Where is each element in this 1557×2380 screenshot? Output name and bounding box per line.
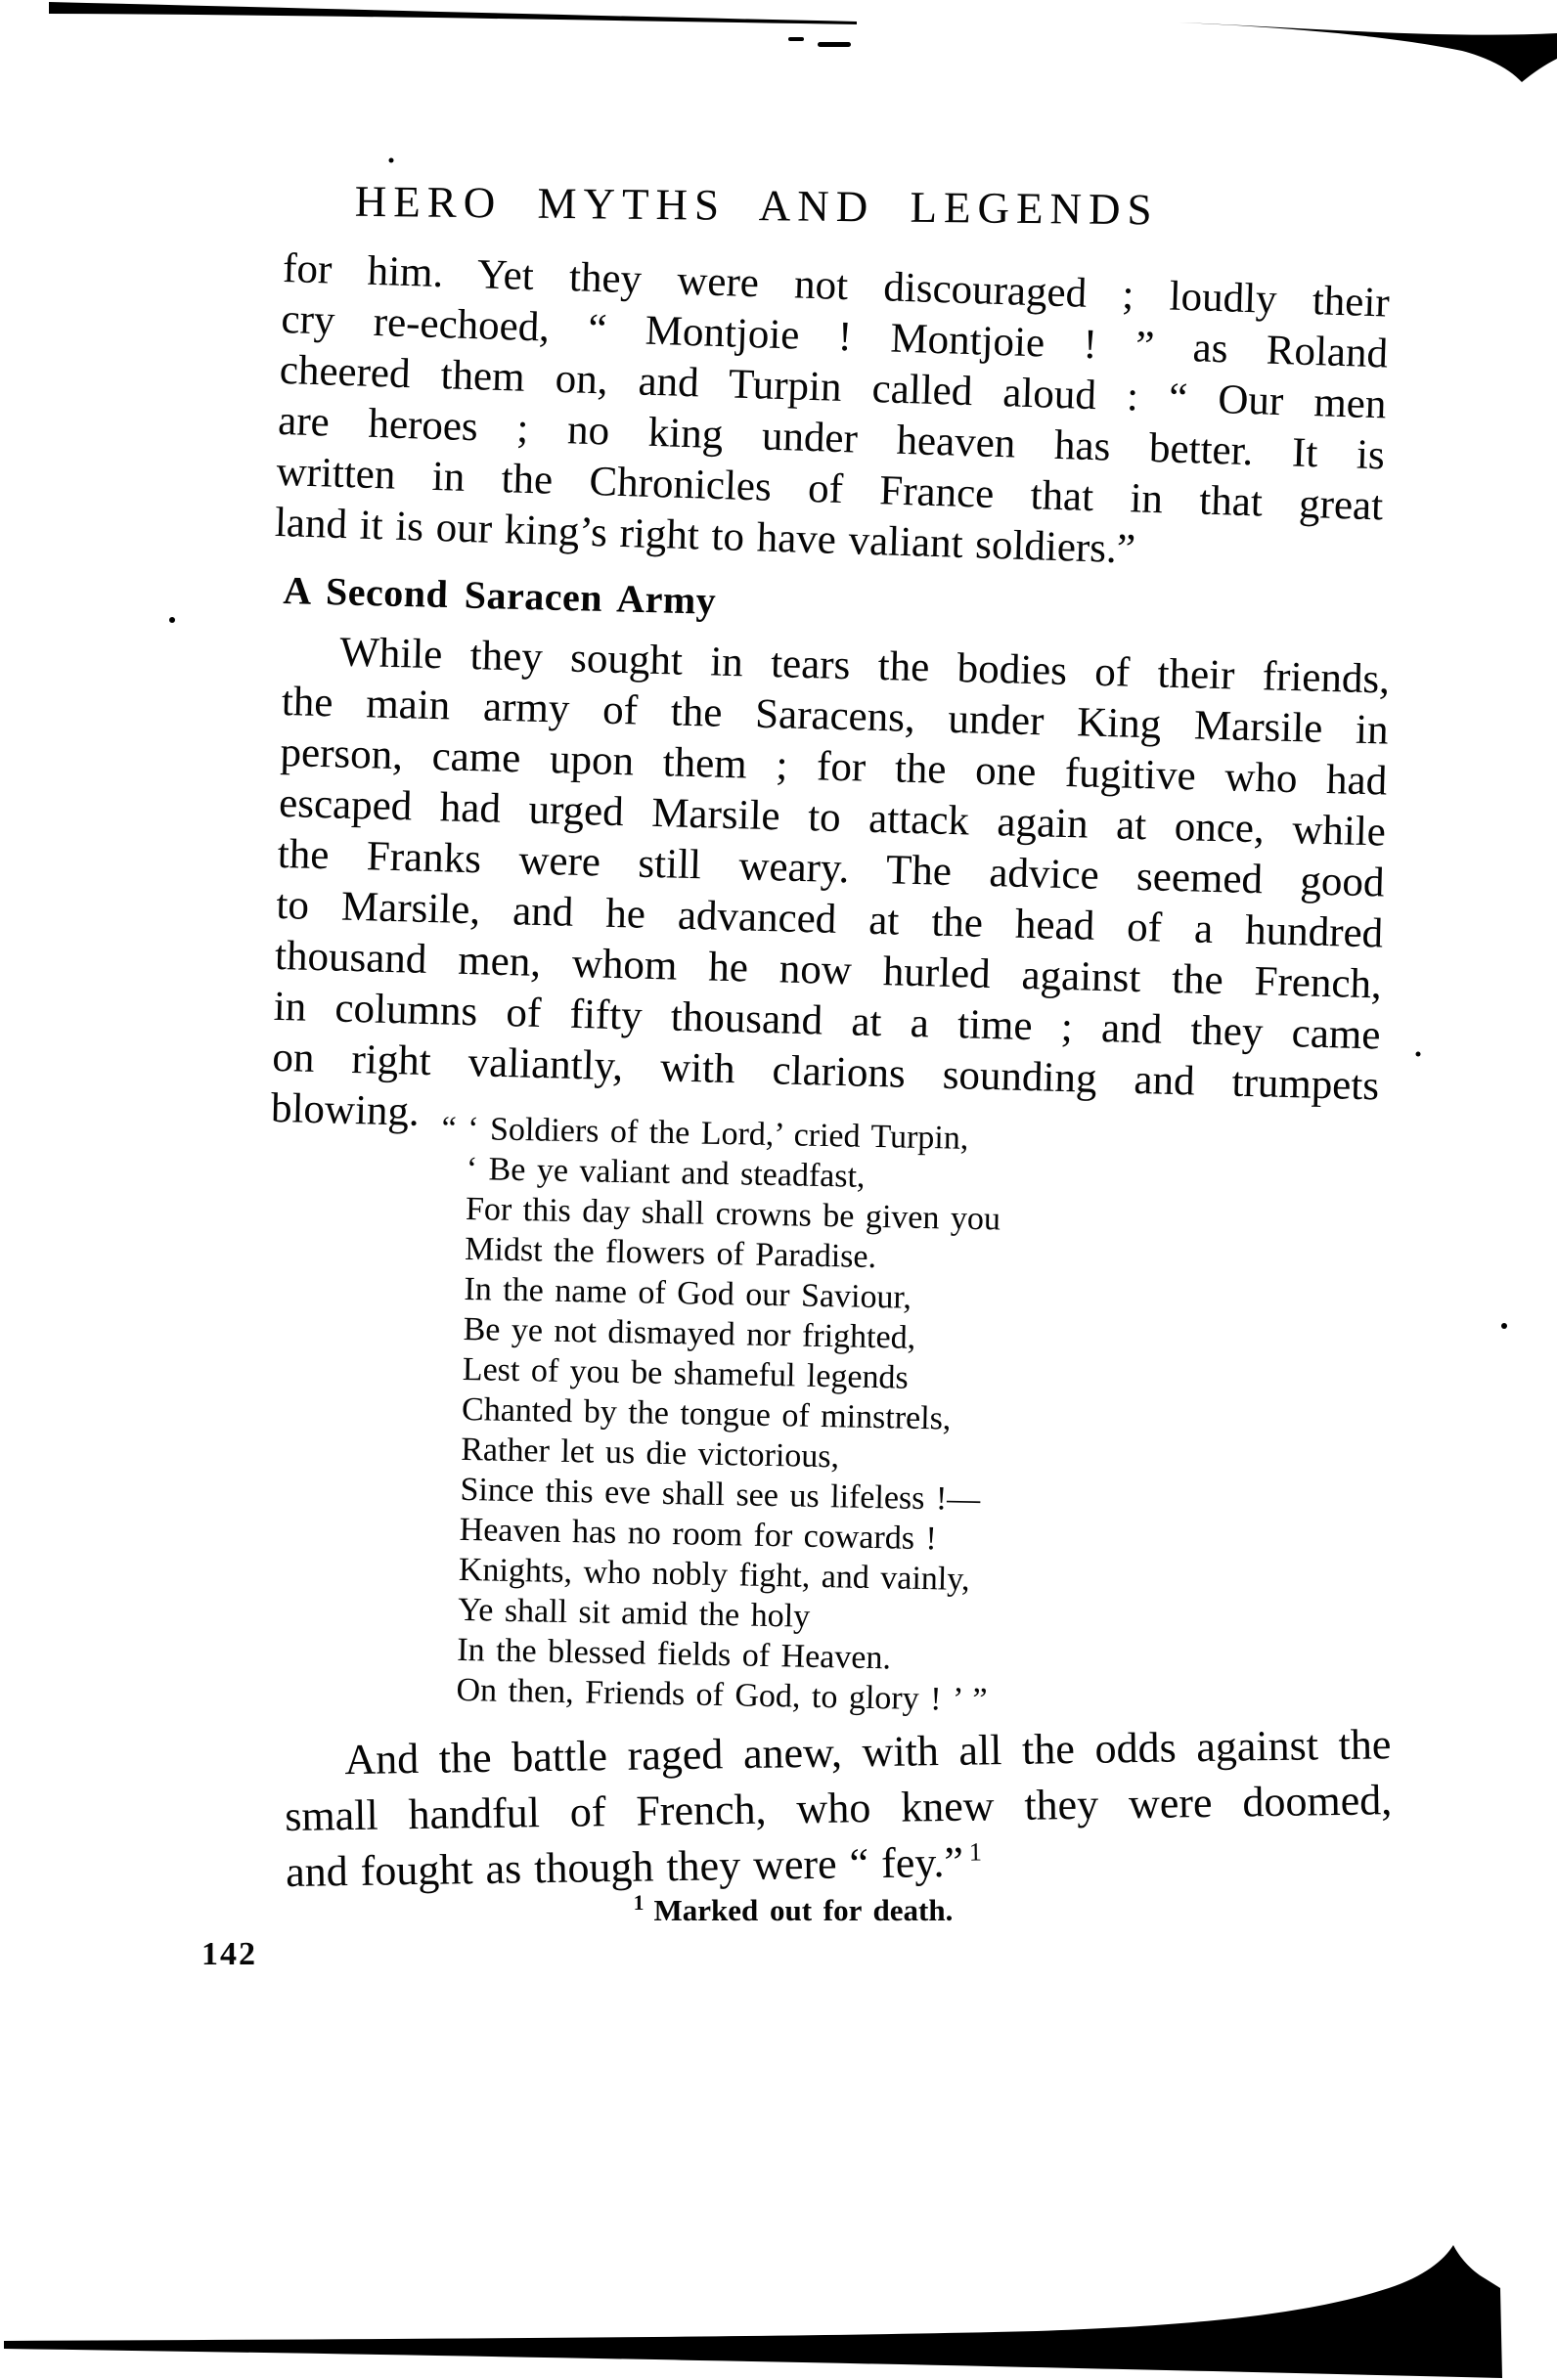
top-right-scan-swoosh (1179, 22, 1557, 82)
book-page: HERO MYTHS AND LEGENDS for him. Yet they… (0, 0, 1557, 2380)
paragraph-continuation: for him. Yet they were not discouraged ;… (274, 243, 1390, 583)
page-number: 142 (201, 1936, 257, 1973)
scan-speck (1501, 1323, 1507, 1329)
scan-speck (1416, 1052, 1421, 1057)
scan-speck (818, 42, 851, 47)
top-left-scan-bar (49, 2, 857, 24)
scan-speck (389, 158, 394, 163)
bottom-scan-swoosh (4, 2245, 1502, 2378)
paragraph-second-saracen-army: While they sought in tears the bodies of… (270, 626, 1390, 1163)
running-head: HERO MYTHS AND LEGENDS (0, 172, 1514, 239)
footnote: 1Marked out for death. (241, 1893, 1346, 1928)
footnote-reference: 1 (969, 1837, 983, 1867)
scan-speck (788, 37, 804, 41)
text-line-fragment: and fought as though they were “ fey.” (286, 1838, 964, 1896)
verse-block: “ ‘ Soldiers of the Lord,’ cried Turpin,… (456, 1109, 1002, 1720)
section-heading: A Second Saracen Army (283, 567, 717, 624)
closing-paragraph: And the battle raged anew, with all the … (284, 1716, 1393, 1900)
footnote-text: Marked out for death. (653, 1893, 953, 1927)
scan-speck (169, 617, 175, 623)
footnote-marker: 1 (634, 1891, 645, 1915)
